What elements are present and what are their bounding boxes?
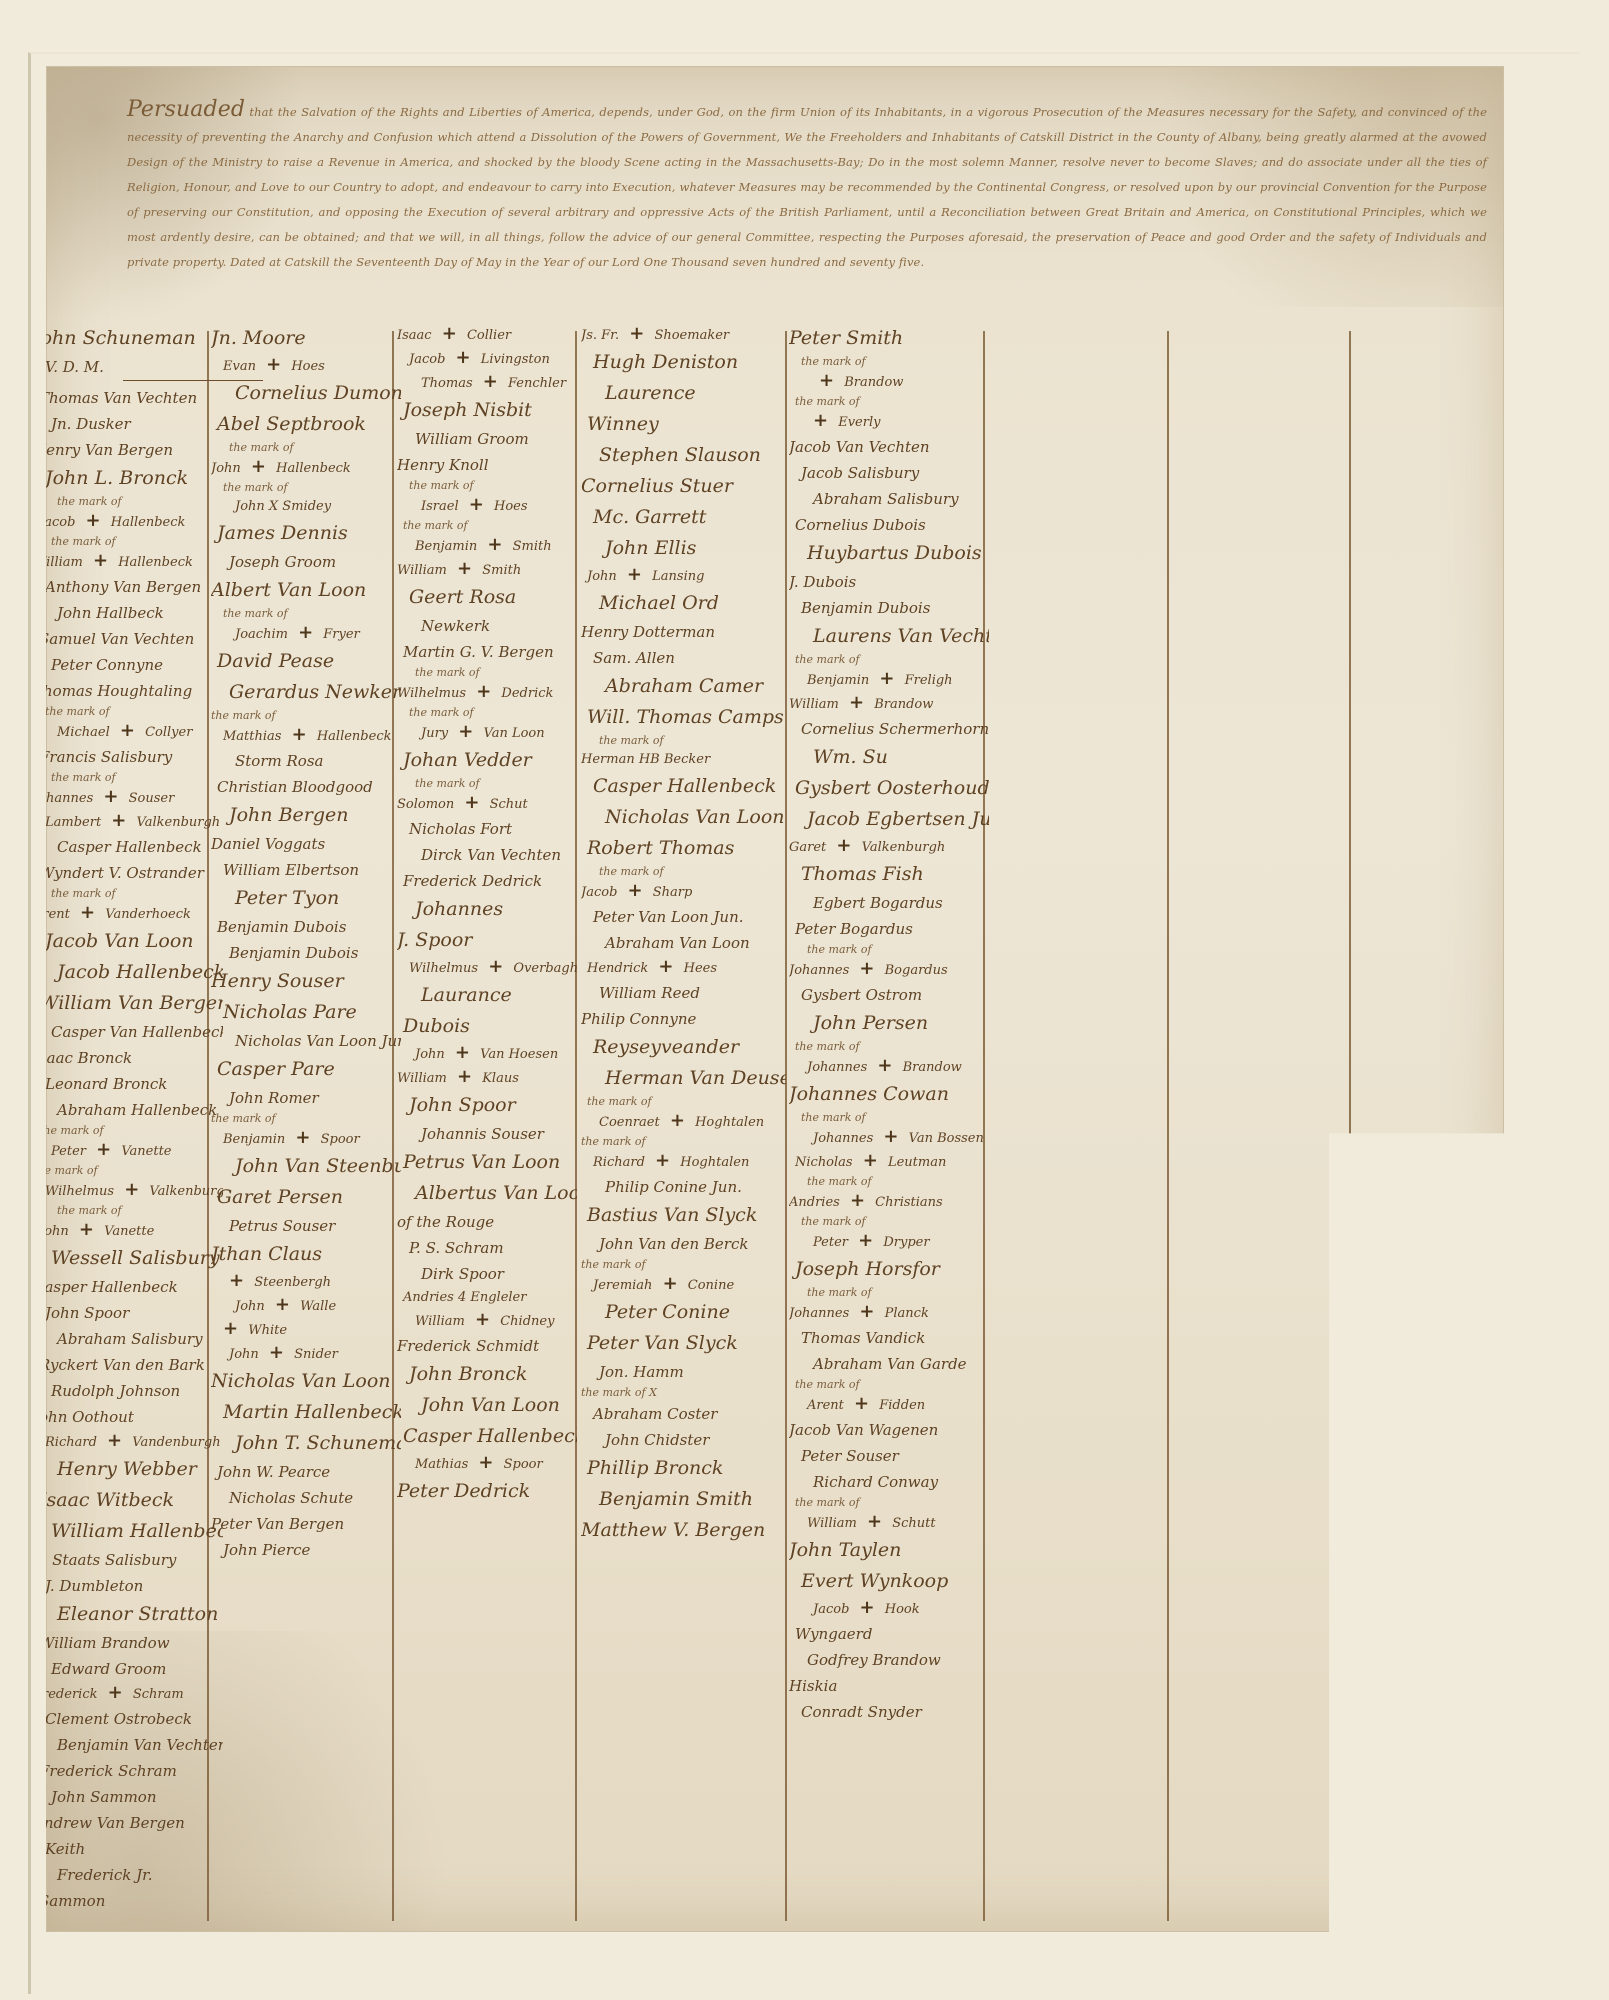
signature: James Dennis bbox=[211, 518, 401, 549]
mark-annotation: the mark of bbox=[33, 1203, 223, 1219]
cross-mark-icon: + bbox=[844, 1190, 871, 1211]
signature: Eleanor Stratton bbox=[33, 1599, 223, 1630]
signature: Johannes Cowan bbox=[789, 1079, 989, 1110]
mark-annotation: the mark of bbox=[789, 942, 989, 958]
cross-mark-icon: + bbox=[436, 323, 463, 344]
signature: Casper Hallenbeck bbox=[581, 771, 786, 802]
signature: + White bbox=[211, 1318, 401, 1342]
signature: John Oothout bbox=[33, 1404, 223, 1430]
signature: Reyseyveander bbox=[581, 1032, 786, 1063]
signature: William + Schutt bbox=[789, 1511, 989, 1535]
signature: Peter Conine bbox=[581, 1297, 786, 1328]
cross-mark-icon: + bbox=[622, 880, 649, 901]
signature: William + Klaus bbox=[397, 1066, 577, 1090]
signature: Johannes + Van Bossen bbox=[789, 1126, 989, 1150]
cross-mark-icon: + bbox=[286, 724, 313, 745]
signature: P. S. Schram bbox=[397, 1235, 577, 1261]
signature: Sam. Allen bbox=[581, 645, 786, 671]
cross-mark-icon: + bbox=[873, 668, 900, 689]
column-rule bbox=[1167, 331, 1169, 1921]
mark-annotation: the mark of bbox=[581, 864, 786, 880]
mark-annotation: the mark of bbox=[581, 1094, 786, 1110]
signature: Philip Connyne bbox=[581, 1006, 786, 1032]
signature: John Ellis bbox=[581, 533, 786, 564]
mark-annotation: the mark of bbox=[397, 665, 577, 681]
signature: William Reed bbox=[581, 980, 786, 1006]
signature: Peter + Vanette bbox=[33, 1139, 223, 1163]
signature: William + Hallenbeck bbox=[33, 550, 223, 574]
signature: Michael Ord bbox=[581, 588, 786, 619]
cross-mark-icon: + bbox=[74, 902, 101, 923]
signature: Rudolph Johnson bbox=[33, 1378, 223, 1404]
signature: Wyndert V. Ostrander bbox=[33, 860, 223, 886]
cross-mark-icon: + bbox=[853, 1301, 880, 1322]
cross-mark-icon: + bbox=[452, 721, 479, 742]
signature: Lambert + Valkenburgh bbox=[33, 810, 223, 834]
signature: Abraham Van Garde bbox=[789, 1351, 989, 1377]
signature: Hugh Deniston bbox=[581, 347, 786, 378]
signature: Abraham Van Loon bbox=[581, 930, 786, 956]
signature: J. Dumbleton bbox=[33, 1573, 223, 1599]
cross-mark-icon: + bbox=[477, 371, 504, 392]
signature: Henry Webber bbox=[33, 1454, 223, 1485]
signature: Martin Hallenbeck bbox=[211, 1397, 401, 1428]
mark-annotation: the mark of bbox=[211, 440, 401, 456]
signature: Hiskia bbox=[789, 1673, 989, 1699]
signature-column-1: John SchunemanV. D. M.Thomas Van Vechten… bbox=[33, 323, 223, 1914]
signature: Phillip Bronck bbox=[581, 1453, 786, 1484]
signature: Js. Fr. + Shoemaker bbox=[581, 323, 786, 347]
mark-annotation: the mark of bbox=[33, 494, 223, 510]
cross-mark-icon: + bbox=[482, 956, 509, 977]
signature: Peter Bogardus bbox=[789, 916, 989, 942]
mark-annotation: the mark of bbox=[211, 480, 401, 496]
signature: Henry Knoll bbox=[397, 452, 577, 478]
signature: Clement Ostrobeck bbox=[33, 1706, 223, 1732]
signature: Henry Dotterman bbox=[581, 619, 786, 645]
signature: John Hallbeck bbox=[33, 600, 223, 626]
signature: Robert Thomas bbox=[581, 833, 786, 864]
signature: Arent + Vanderhoeck bbox=[33, 902, 223, 926]
signature: Nicholas + Leutman bbox=[789, 1150, 989, 1174]
signature: Casper Van Hallenbeck bbox=[33, 1019, 223, 1045]
signature: Johannes + Bogardus bbox=[789, 958, 989, 982]
mark-annotation: the mark of bbox=[33, 1123, 223, 1139]
cross-mark-icon: + bbox=[245, 456, 272, 477]
cross-mark-icon: + bbox=[861, 1511, 888, 1532]
signature: Mc. Garrett bbox=[581, 502, 786, 533]
signature: Gerardus Newkerk bbox=[211, 677, 401, 708]
mark-annotation: the mark of bbox=[211, 708, 401, 724]
signature: John Spoor bbox=[397, 1090, 577, 1121]
signature: Conradt Snyder bbox=[789, 1699, 989, 1725]
signature: Hendrick + Hees bbox=[581, 956, 786, 980]
signature-column-4: Js. Fr. + ShoemakerHugh DenistonLaurence… bbox=[581, 323, 786, 1546]
signature: William Van Bergen bbox=[33, 988, 223, 1019]
cross-mark-icon: + bbox=[853, 958, 880, 979]
cross-mark-icon: + bbox=[463, 494, 490, 515]
signature: John W. Pearce bbox=[211, 1459, 401, 1485]
mark-annotation: the mark of bbox=[789, 354, 989, 370]
signature: Richard + Hoghtalen bbox=[581, 1150, 786, 1174]
signature: S. Staats Salisbury bbox=[33, 1547, 223, 1573]
cross-mark-icon: + bbox=[105, 810, 132, 831]
signature: + Steenbergh bbox=[211, 1270, 401, 1294]
signature: Albertus Van Loon bbox=[397, 1178, 577, 1209]
signature: Abraham Hallenbeck bbox=[33, 1097, 223, 1123]
signature: Winney bbox=[581, 409, 786, 440]
signature: William Groom bbox=[397, 426, 577, 452]
mark-annotation: the mark of bbox=[789, 1285, 989, 1301]
signature: Egbert Bogardus bbox=[789, 890, 989, 916]
signature: Casper Pare bbox=[211, 1054, 401, 1085]
mark-annotation: the mark of bbox=[789, 394, 989, 410]
signature: John Sammon bbox=[33, 1784, 223, 1810]
cross-mark-icon: + bbox=[852, 1230, 879, 1251]
signature: Abraham Salisbury bbox=[789, 486, 989, 512]
signature: John + Snider bbox=[211, 1342, 401, 1366]
cross-mark-icon: + bbox=[449, 1042, 476, 1063]
signature: Casper Hallenbeck bbox=[33, 1274, 223, 1300]
signature: Peter Connyne bbox=[33, 652, 223, 678]
signature: Thomas Van Vechten bbox=[33, 385, 223, 411]
signature: Nicholas Van Loon bbox=[581, 802, 786, 833]
cross-mark-icon: + bbox=[90, 1139, 117, 1160]
signature: Leonard Bronck bbox=[33, 1071, 223, 1097]
signature: Benjamin + Spoor bbox=[211, 1127, 401, 1151]
cross-mark-icon: + bbox=[450, 347, 477, 368]
signature: Jacob + Sharp bbox=[581, 880, 786, 904]
signature: Petrus Van Loon bbox=[397, 1147, 577, 1178]
cross-mark-icon: + bbox=[848, 1393, 875, 1414]
cross-mark-icon: + bbox=[292, 622, 319, 643]
signature: Jacob Van Loon bbox=[33, 926, 223, 957]
signature: Wilhelmus + Valkenburgh bbox=[33, 1179, 223, 1203]
signature: John Van Steenburgh bbox=[211, 1151, 401, 1182]
signature: Wyngaerd bbox=[789, 1621, 989, 1647]
signature: John Bergen bbox=[211, 800, 401, 831]
signature: Casper Hallenbeck bbox=[33, 834, 223, 860]
signature: Jacob + Hallenbeck bbox=[33, 510, 223, 534]
cross-mark-icon: + bbox=[469, 1309, 496, 1330]
mark-annotation: the mark of X bbox=[581, 1385, 786, 1401]
signature: John + Walle bbox=[211, 1294, 401, 1318]
cross-mark-icon: + bbox=[621, 564, 648, 585]
signature: Thomas + Fenchler bbox=[397, 371, 577, 395]
signature: Cornelius Dumond bbox=[211, 378, 401, 409]
signature: Godfrey Brandow bbox=[789, 1647, 989, 1673]
signature: Abraham Coster bbox=[581, 1401, 786, 1427]
signature: Joseph Groom bbox=[211, 549, 401, 575]
signature: John + Van Hoesen bbox=[397, 1042, 577, 1066]
cross-mark-icon: + bbox=[217, 1318, 244, 1339]
signature: Peter + Dryper bbox=[789, 1230, 989, 1254]
signature: Joseph Horsfor bbox=[789, 1254, 989, 1285]
signature-column-5: Peter Smiththe mark of+ Brandowthe mark … bbox=[789, 323, 989, 1725]
cross-mark-icon: + bbox=[458, 792, 485, 813]
signature: Dubois bbox=[397, 1011, 577, 1042]
signature: Gysbert Ostrom bbox=[789, 982, 989, 1008]
signature: Frederick Schmidt bbox=[397, 1333, 577, 1359]
signature: Frederick Schram bbox=[33, 1758, 223, 1784]
resolution-text: Persuaded that the Salvation of the Righ… bbox=[127, 97, 1487, 275]
cross-mark-icon: + bbox=[652, 956, 679, 977]
cross-mark-icon: + bbox=[877, 1126, 904, 1147]
signature: + Everly bbox=[789, 410, 989, 434]
signature: Peter Van Bergen bbox=[211, 1511, 401, 1537]
signature: Garet + Valkenburgh bbox=[789, 835, 989, 859]
signature: Cornelius Stuer bbox=[581, 471, 786, 502]
signature: Andrew Van Bergen bbox=[33, 1810, 223, 1836]
signature: Richard Conway bbox=[789, 1469, 989, 1495]
signature: Will. Thomas Camps bbox=[581, 702, 786, 733]
signature-column-3: Isaac + CollierJacob + LivingstonThomas … bbox=[397, 323, 577, 1507]
signature: Henry Souser bbox=[211, 966, 401, 997]
signature: John Pierce bbox=[211, 1537, 401, 1563]
signature: Benjamin Dubois bbox=[789, 595, 989, 621]
signature: Thomas Fish bbox=[789, 859, 989, 890]
signature: Peter Van Slyck bbox=[581, 1328, 786, 1359]
signature: Solomon + Schut bbox=[397, 792, 577, 816]
signature: Jon. Hamm bbox=[581, 1359, 786, 1385]
signature: John + Hallenbeck bbox=[211, 456, 401, 480]
signature: John Romer bbox=[211, 1085, 401, 1111]
signature: Nicholas Van Loon Jun. bbox=[211, 1028, 401, 1054]
signature: Martin G. V. Bergen bbox=[397, 639, 577, 665]
signature: Casper Hallenbeck bbox=[397, 1421, 577, 1452]
signature: Nicholas Schute bbox=[211, 1485, 401, 1511]
signature: Jacob Hallenbeck bbox=[33, 957, 223, 988]
signature: Daniel Voggats bbox=[211, 831, 401, 857]
signature: Bastius Van Slyck bbox=[581, 1200, 786, 1231]
signature: Jacob + Livingston bbox=[397, 347, 577, 371]
signature: John X Smidey bbox=[211, 496, 401, 518]
signature: Wm. Su bbox=[789, 742, 989, 773]
signature: Jthan Claus bbox=[211, 1239, 401, 1270]
signature: John Persen bbox=[789, 1008, 989, 1039]
signature: Jacob + Hook bbox=[789, 1597, 989, 1621]
mark-annotation: the mark of bbox=[33, 886, 223, 902]
cross-mark-icon: + bbox=[830, 835, 857, 856]
signature: Richard + Vandenburgh bbox=[33, 1430, 223, 1454]
signature: Samuel Van Vechten bbox=[33, 626, 223, 652]
signature: Gysbert Oosterhoudt bbox=[789, 773, 989, 804]
signature: Huybartus Dubois bbox=[789, 538, 989, 569]
cross-mark-icon: + bbox=[451, 1066, 478, 1087]
signature: Jacob Egbertsen Junior bbox=[789, 804, 989, 835]
cross-mark-icon: + bbox=[223, 1270, 250, 1291]
cross-mark-icon: + bbox=[871, 1055, 898, 1076]
signature: Stephen Slauson bbox=[581, 440, 786, 471]
signature: Peter Dedrick bbox=[397, 1476, 577, 1507]
signature: John Spoor bbox=[33, 1300, 223, 1326]
cross-mark-icon: + bbox=[101, 1430, 128, 1451]
cross-mark-icon: + bbox=[657, 1273, 684, 1294]
signature: Edward Groom bbox=[33, 1656, 223, 1682]
signature: Peter Van Loon Jun. bbox=[581, 904, 786, 930]
cross-mark-icon: + bbox=[118, 1179, 145, 1200]
mark-annotation: the mark of bbox=[211, 1111, 401, 1127]
signature: Francis Salisbury bbox=[33, 744, 223, 770]
cross-mark-icon: + bbox=[854, 1597, 881, 1618]
signature: Johannes bbox=[397, 894, 577, 925]
signature: Frederick + Schram bbox=[33, 1682, 223, 1706]
cross-mark-icon: + bbox=[97, 786, 124, 807]
signature: Frederick Dedrick bbox=[397, 868, 577, 894]
signature: John T. Schuneman bbox=[211, 1428, 401, 1459]
signature: Jeremiah + Conine bbox=[581, 1273, 786, 1297]
signature: Arent + Fidden bbox=[789, 1393, 989, 1417]
signature: Andries 4 Engleler bbox=[397, 1287, 577, 1309]
signature: Laurence bbox=[581, 378, 786, 409]
signature: Johan Vedder bbox=[397, 745, 577, 776]
signature: John Van Loon bbox=[397, 1390, 577, 1421]
signature: Philip Conine Jun. bbox=[581, 1174, 786, 1200]
signature: Sammon bbox=[33, 1888, 223, 1914]
signature: John Bronck bbox=[397, 1359, 577, 1390]
signature: Christian Bloodgood bbox=[211, 774, 401, 800]
signature: William + Chidney bbox=[397, 1309, 577, 1333]
signature: Storm Rosa bbox=[211, 748, 401, 774]
signature: Geert Rosa bbox=[397, 582, 577, 613]
signature: Peter Smith bbox=[789, 323, 989, 354]
resolution-lead: Persuaded bbox=[127, 97, 245, 122]
cross-mark-icon: + bbox=[843, 692, 870, 713]
signature: Dirck Van Vechten bbox=[397, 842, 577, 868]
cross-mark-icon: + bbox=[472, 1452, 499, 1473]
cross-mark-icon: + bbox=[269, 1294, 296, 1315]
cross-mark-icon: + bbox=[470, 681, 497, 702]
signature: David Pease bbox=[211, 646, 401, 677]
signature: Joseph Nisbit bbox=[397, 395, 577, 426]
resolution-body: that the Salvation of the Rights and Lib… bbox=[127, 105, 1487, 269]
signature: John Van den Berck bbox=[581, 1231, 786, 1257]
cross-mark-icon: + bbox=[623, 323, 650, 344]
signature: William Brandow bbox=[33, 1630, 223, 1656]
signature-column-2: Jn. MooreEvan + HoesCornelius DumondAbel… bbox=[211, 323, 401, 1563]
signature: Dirk Spoor bbox=[397, 1261, 577, 1287]
cross-mark-icon: + bbox=[857, 1150, 884, 1171]
mark-annotation: the mark of bbox=[789, 1377, 989, 1393]
signature: Anthony Van Bergen bbox=[33, 574, 223, 600]
document-sheet: Persuaded that the Salvation of the Righ… bbox=[46, 66, 1504, 1932]
signature: Newkerk bbox=[397, 613, 577, 639]
signature: Abel Septbrook bbox=[211, 409, 401, 440]
mark-annotation: the mark of bbox=[33, 534, 223, 550]
signature: Henry Van Bergen bbox=[33, 437, 223, 463]
signature: Nicholas Pare bbox=[211, 997, 401, 1028]
signature: Peter Tyon bbox=[211, 883, 401, 914]
signature: Evert Wynkoop bbox=[789, 1566, 989, 1597]
cross-mark-icon: + bbox=[813, 370, 840, 391]
cross-mark-icon: + bbox=[263, 1342, 290, 1363]
signature: Evan + Hoes bbox=[211, 354, 401, 378]
signature: Michael + Collyer bbox=[33, 720, 223, 744]
signature: Wessell Salisbury bbox=[33, 1243, 223, 1274]
signature: Andries + Christians bbox=[789, 1190, 989, 1214]
signature: William Elbertson bbox=[211, 857, 401, 883]
signature: John Taylen bbox=[789, 1535, 989, 1566]
signature: John Chidster bbox=[581, 1427, 786, 1453]
signature: Albert Van Loon bbox=[211, 575, 401, 606]
mark-annotation: the mark of bbox=[789, 1495, 989, 1511]
mark-annotation: the mark of bbox=[789, 1110, 989, 1126]
mark-annotation: the mark of bbox=[397, 705, 577, 721]
cross-mark-icon: + bbox=[73, 1219, 100, 1240]
signature: + Brandow bbox=[789, 370, 989, 394]
signature: Benjamin Dubois bbox=[211, 940, 401, 966]
signature: Nicholas Van Loon bbox=[211, 1366, 401, 1397]
signature: John + Vanette bbox=[33, 1219, 223, 1243]
signature: Benjamin + Freligh bbox=[789, 668, 989, 692]
signature: Matthias + Hallenbeck bbox=[211, 724, 401, 748]
signature: Joachim + Fryer bbox=[211, 622, 401, 646]
cross-mark-icon: + bbox=[80, 510, 107, 531]
signature: Benjamin + Smith bbox=[397, 534, 577, 558]
signature: Isaac Bronck bbox=[33, 1045, 223, 1071]
signature: Israel + Hoes bbox=[397, 494, 577, 518]
cross-mark-icon: + bbox=[289, 1127, 316, 1148]
cross-mark-icon: + bbox=[87, 550, 114, 571]
signature: Ryckert Van den Bark bbox=[33, 1352, 223, 1378]
signature: Thomas Houghtaling bbox=[33, 678, 223, 704]
mark-annotation: the mark of bbox=[789, 652, 989, 668]
signature: Johannes + Planck bbox=[789, 1301, 989, 1325]
signature: John Schuneman bbox=[33, 323, 223, 354]
signature: Garet Persen bbox=[211, 1182, 401, 1213]
mark-annotation: the mark of bbox=[33, 1163, 223, 1179]
cross-mark-icon: + bbox=[664, 1110, 691, 1131]
signature: William + Brandow bbox=[789, 692, 989, 716]
signature: J. Spoor bbox=[397, 925, 577, 956]
signature: of the Rouge bbox=[397, 1209, 577, 1235]
signature: Jacob Van Vechten bbox=[789, 434, 989, 460]
mark-annotation: the mark of bbox=[789, 1039, 989, 1055]
cross-mark-icon: + bbox=[649, 1150, 676, 1171]
signature: Jacob Van Wagenen bbox=[789, 1417, 989, 1443]
signature: Mathias + Spoor bbox=[397, 1452, 577, 1476]
signature: Abraham Camer bbox=[581, 671, 786, 702]
signature: William + Smith bbox=[397, 558, 577, 582]
mark-annotation: the mark of bbox=[33, 770, 223, 786]
mark-annotation: the mark of bbox=[397, 478, 577, 494]
signature: Benjamin Van Vechten bbox=[33, 1732, 223, 1758]
signature: Herman HB Becker bbox=[581, 749, 786, 771]
mark-annotation: the mark of bbox=[397, 518, 577, 534]
signature: Matthew V. Bergen bbox=[581, 1515, 786, 1546]
signature: Herman Van Deusen bbox=[581, 1063, 786, 1094]
signature: Jn. Moore bbox=[211, 323, 401, 354]
cross-mark-icon: + bbox=[102, 1682, 129, 1703]
cross-mark-icon: + bbox=[260, 354, 287, 375]
signature: John L. Bronck bbox=[33, 463, 223, 494]
signature: Johannes + Brandow bbox=[789, 1055, 989, 1079]
mark-annotation: the mark of bbox=[581, 1134, 786, 1150]
signature: Coenraet + Hoghtalen bbox=[581, 1110, 786, 1134]
mark-annotation: the mark of bbox=[33, 704, 223, 720]
signature: Benjamin Smith bbox=[581, 1484, 786, 1515]
signature: Keith bbox=[33, 1836, 223, 1862]
signature: V. D. M. bbox=[33, 354, 223, 380]
signature: Peter Souser bbox=[789, 1443, 989, 1469]
signature: Wilhelmus + Dedrick bbox=[397, 681, 577, 705]
cross-mark-icon: + bbox=[807, 410, 834, 431]
signature: Jacob Salisbury bbox=[789, 460, 989, 486]
signature: Laurance bbox=[397, 980, 577, 1011]
signature: Cornelius Dubois bbox=[789, 512, 989, 538]
signature: Thomas Vandick bbox=[789, 1325, 989, 1351]
mark-annotation: the mark of bbox=[211, 606, 401, 622]
